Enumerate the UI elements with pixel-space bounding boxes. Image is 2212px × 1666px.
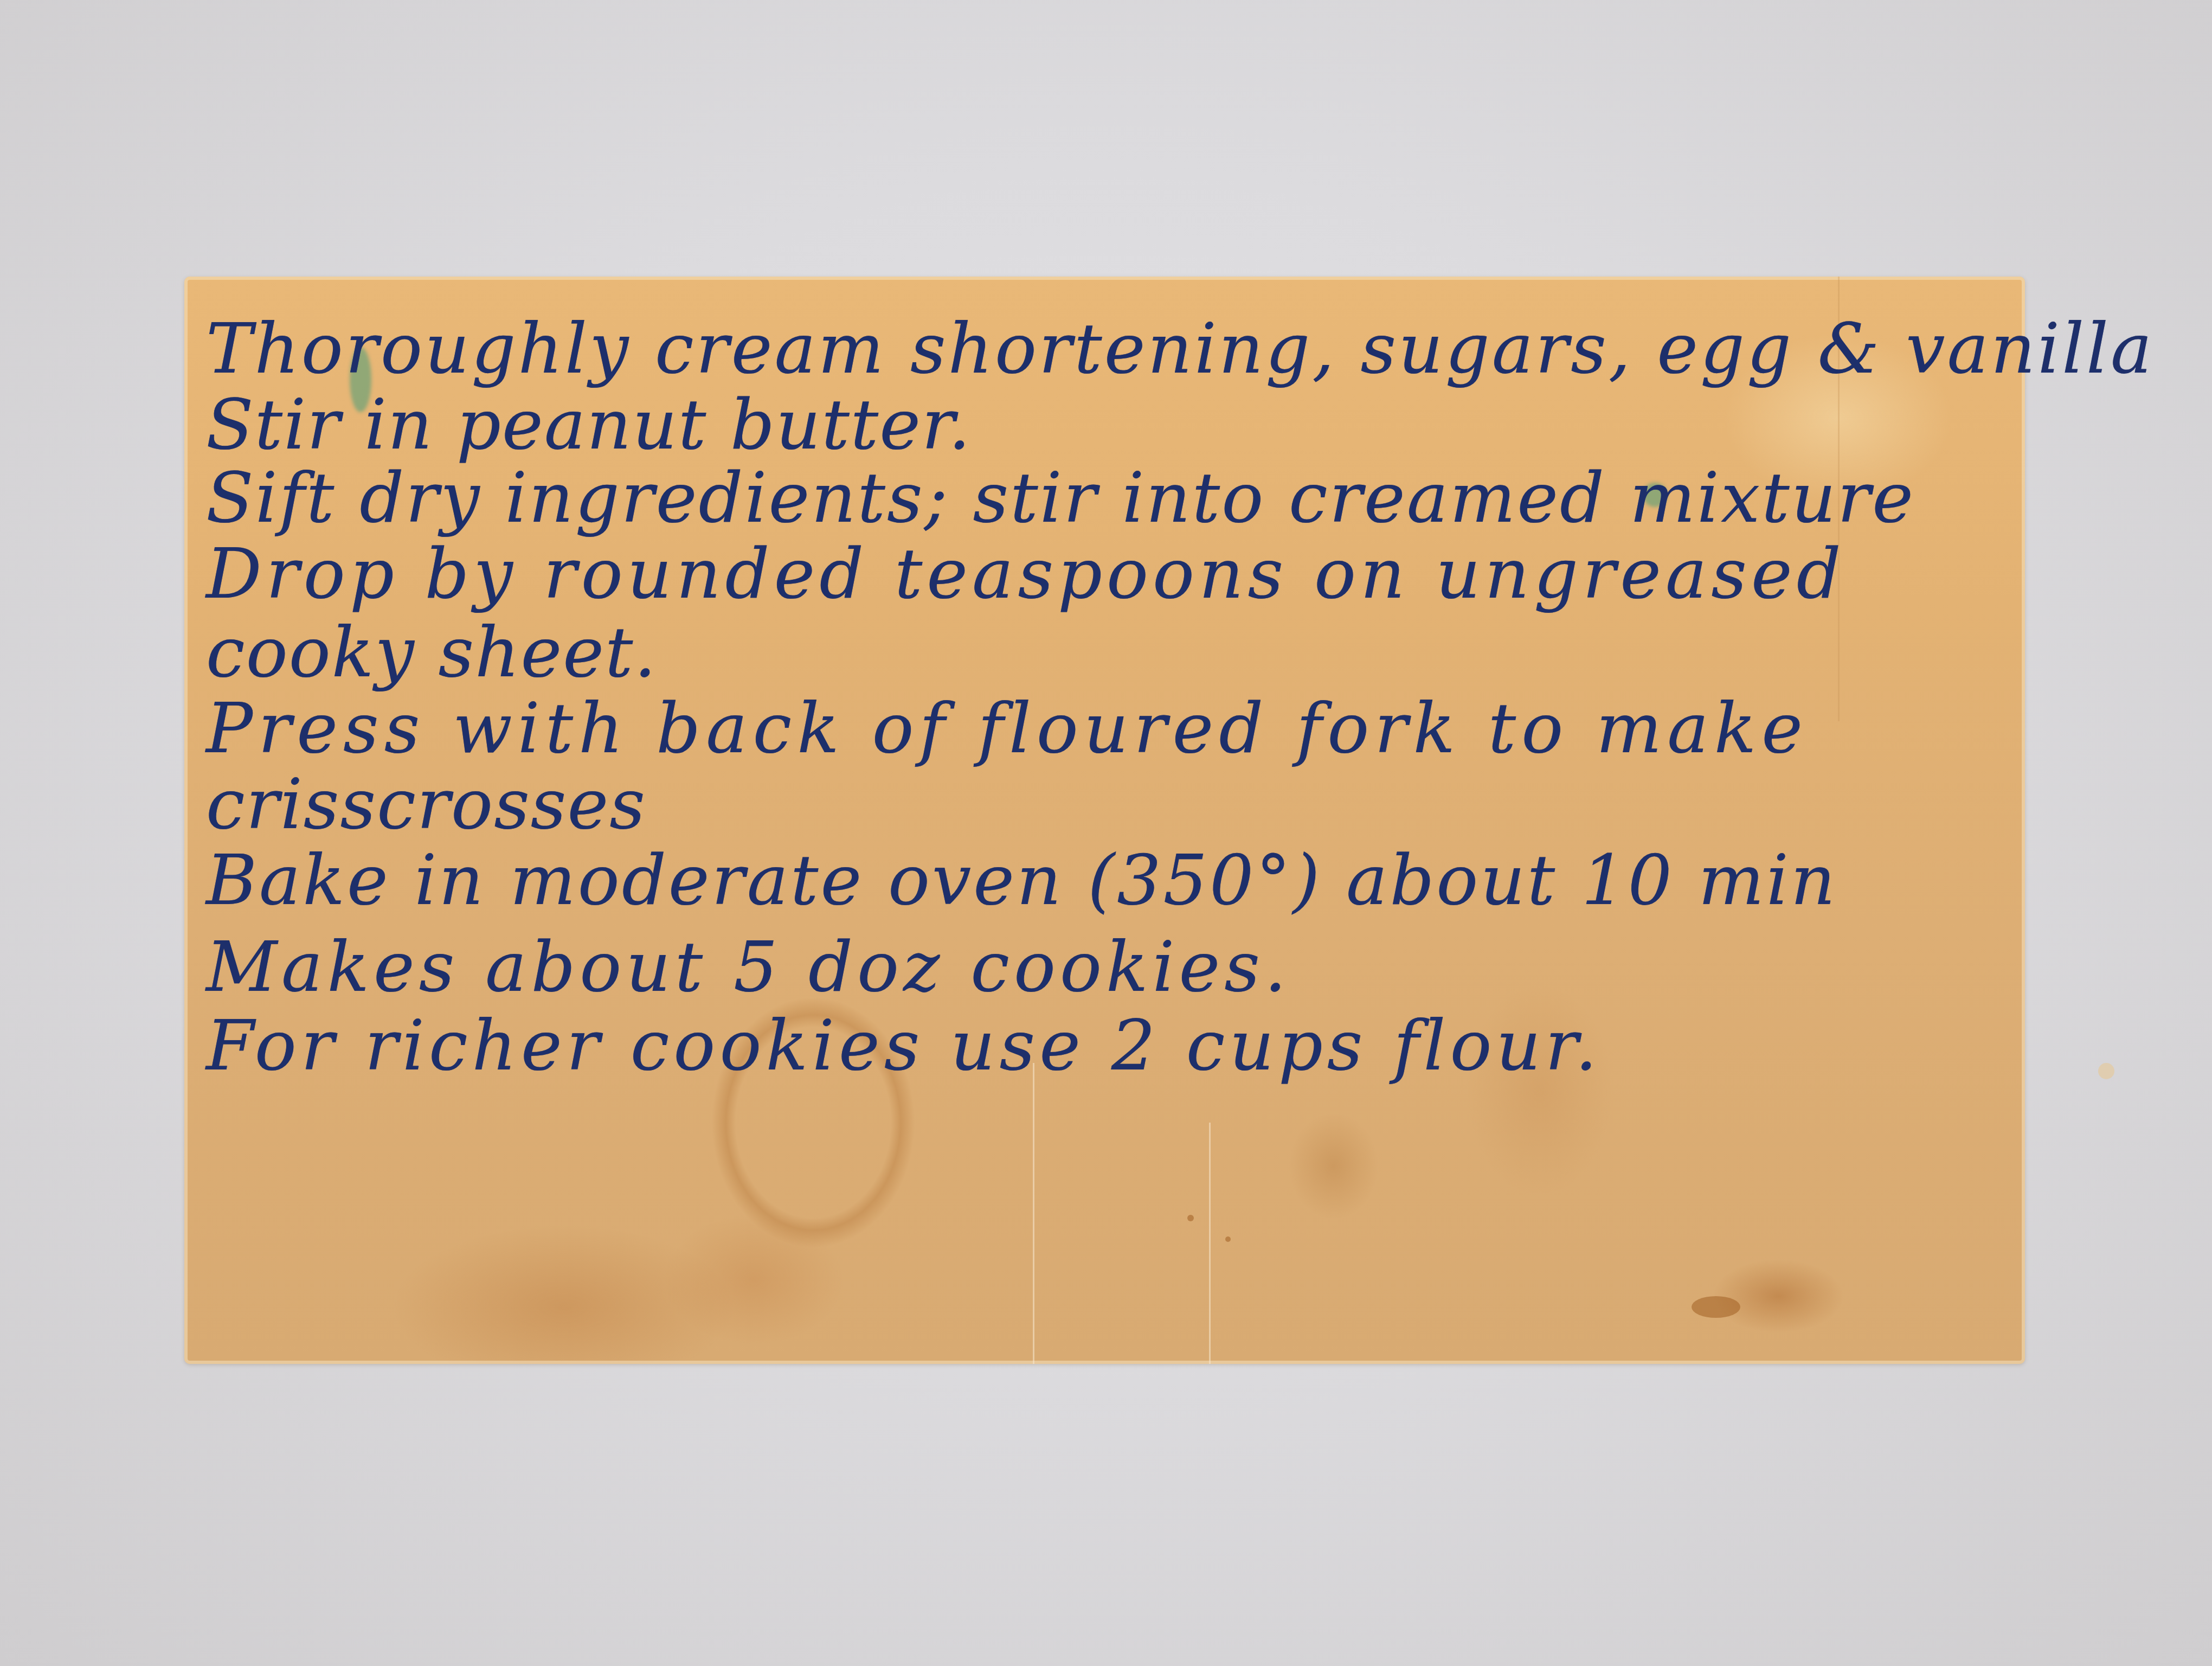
recipe-line-2: Stir in peanut butter. [206, 390, 972, 460]
recipe-line-8: Bake in moderate oven (350°) about 10 mi… [206, 846, 1837, 915]
recipe-line-7: crisscrosses [206, 770, 646, 840]
recipe-line-4: Drop by rounded teaspoons on ungreased [206, 540, 1846, 609]
stain-spot [1187, 1215, 1194, 1221]
card-crease [1033, 1063, 1034, 1364]
stain-spot [2098, 1063, 2114, 1079]
recipe-line-9: Makes about 5 doz cookies. [206, 933, 1291, 1002]
recipe-card: Thoroughly cream shortening, sugars, egg… [184, 277, 2025, 1364]
recipe-line-3: Sift dry ingredients; stir into creamed … [206, 464, 1915, 533]
stain-spot [1225, 1236, 1231, 1242]
recipe-line-10: For richer cookies use 2 cups flour. [206, 1011, 1602, 1081]
card-crease [1209, 1123, 1211, 1364]
recipe-line-6: Press with back of floured fork to make [206, 694, 1808, 764]
stain-spot [1692, 1296, 1740, 1318]
recipe-line-5: cooky sheet. [206, 618, 657, 688]
recipe-line-1: Thoroughly cream shortening, sugars, egg… [206, 315, 2154, 384]
